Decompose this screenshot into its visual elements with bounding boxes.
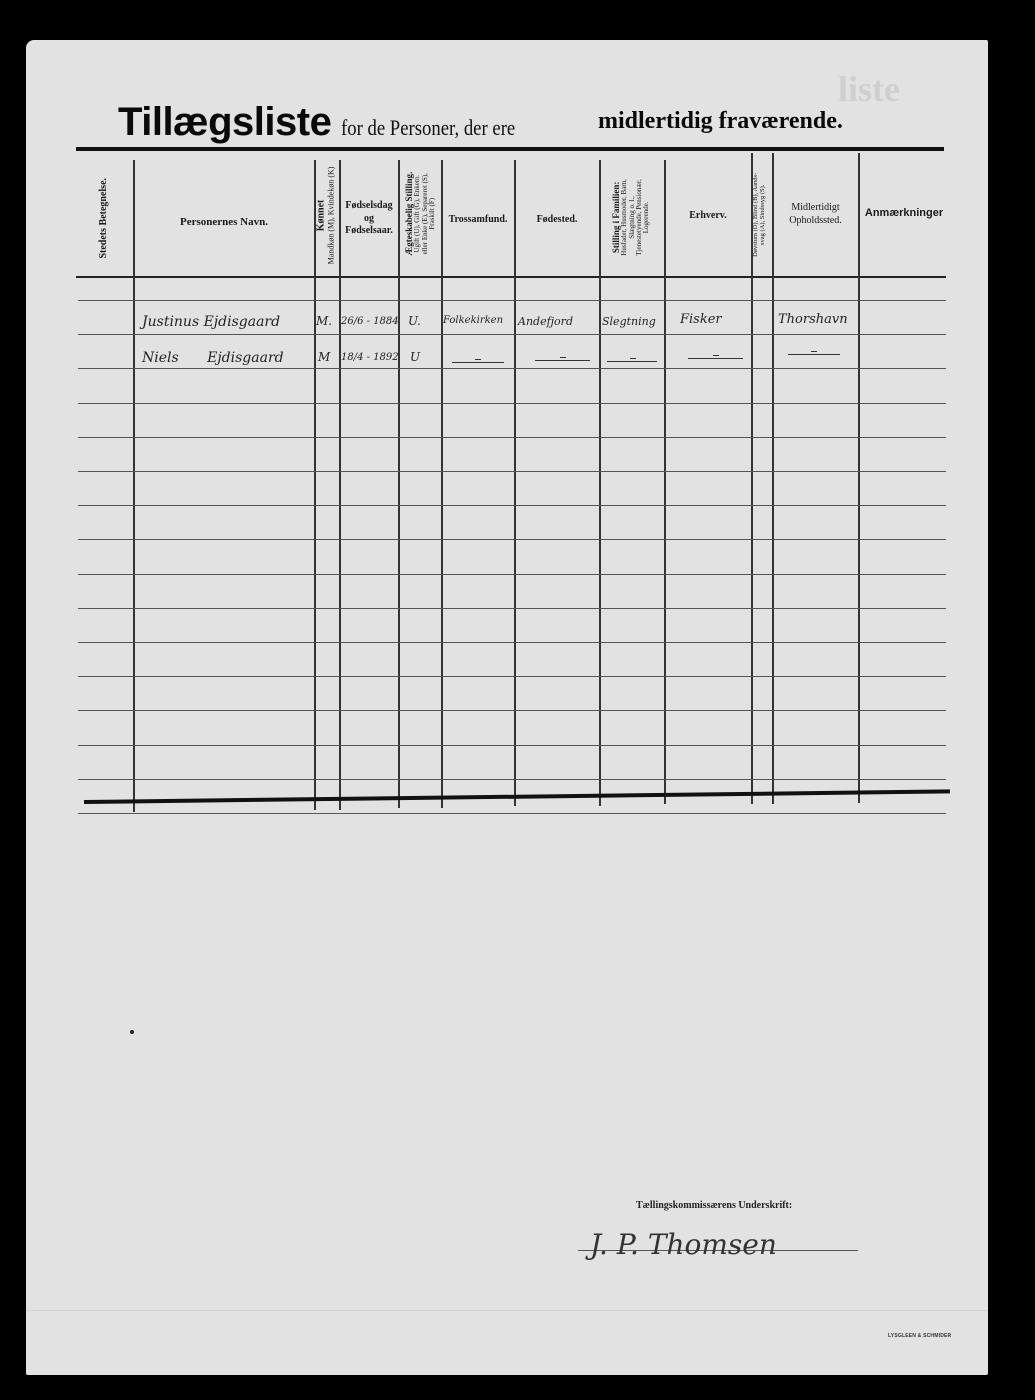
header-dov-line2: svag (A), Sindssyg (S). [760,155,767,275]
header-fodsel-line2: og [340,213,398,226]
row-rule [78,642,946,643]
col-divider [314,160,316,810]
cell-aegteskabelig: U. [408,314,421,328]
cell-opholdssted: Thorshavn [778,312,848,327]
header-opholdssted: Midlertidigt Opholdssted. [773,202,858,227]
col-divider [772,153,774,804]
header-stedets-betegnelse: Stedets Betegnelse. [99,168,110,268]
row-rule [78,745,946,746]
form-title-emphasis: midlertidig fraværende. [598,108,843,134]
row-rule [78,437,946,438]
row-rule [78,471,946,472]
cell-fodselsdag: 26/6 - 1884 [341,316,399,327]
form-title-emphasis-wrap: midlertidig fraværende. [598,108,843,135]
row-rule [78,368,946,369]
cell-kjonnet: M. [316,314,332,328]
row-rule [78,710,946,711]
col-divider [664,160,666,804]
ditto-mark-fodested [535,360,590,361]
row-rule [78,334,946,335]
row-rule [78,300,946,301]
cell-navn: Justinus Ejdisgaard [142,314,280,330]
header-fodselsdag: Fødselsdag og Fødselsaar. [340,200,398,238]
signature-label: Tællingskommissærens Underskrift: [636,1200,792,1211]
signature-value: J. P. Thomsen [590,1228,777,1261]
header-stilling-familien: Stilling i Familien: Husfader, Husmoder,… [612,160,651,275]
col-divider [514,160,516,806]
cell-stilling: Slegtning [602,315,656,328]
form-title-sub: for de Personer, der ere [341,115,515,141]
cell-trossamfund: Folkekirken [443,315,503,326]
header-bottom-rule [76,276,946,278]
row-rule [78,676,946,677]
header-trossamfund: Trossamfund. [442,214,514,227]
header-ophold-line2: Opholdssted. [773,215,858,228]
cell-erhverv: Fisker [680,312,722,327]
ditto-mark-erhverv [688,358,743,359]
cell-fodested: Andefjord [518,315,573,328]
ink-speck [130,1030,134,1034]
row-rule [78,779,946,780]
header-kjonnet: Kønnet Mandkøn (M), Kvindekøn (K) [317,165,336,265]
table-top-rule [76,147,944,151]
paper-fold-line [26,1310,988,1311]
row-rule [78,574,946,575]
header-aegt-line4: Fraskilt (F) [429,156,436,271]
census-form-page [26,40,988,1375]
col-divider [599,160,601,806]
header-aegteskabelig: Ægteskabelig Stilling. Ugift (U), Gift (… [405,156,436,271]
header-ophold-line1: Midlertidigt [773,202,858,215]
col-divider [858,153,860,803]
header-dovstum: Døvstum (D), Blind (B), Aands- svag (A),… [753,155,767,275]
ditto-mark-opholdssted [788,354,840,355]
row-rule [78,505,946,506]
cell-navn: Niels Ejdisgaard [142,350,284,366]
col-divider [133,160,135,812]
row-rule [78,539,946,540]
cell-fodselsdag: 18/4 - 1892 [341,352,399,363]
header-stil-line5: Logerende. [644,160,651,275]
cell-kjonnet: M [318,350,330,364]
printer-mark: LYSGLEEN & SCHMIDER [888,1333,951,1339]
row-rule [78,403,946,404]
header-erhverv: Erhverv. [665,210,751,223]
row-rule [78,813,946,814]
form-title-main: Tillægsliste [118,100,331,144]
header-anmaerkninger: Anmærkninger [859,207,949,221]
header-personernes-navn: Personernes Navn. [135,216,313,230]
header-kjonnet-title: Kønnet [317,165,328,265]
header-kjonnet-sub: Mandkøn (M), Kvindekøn (K) [327,165,335,265]
header-fodsel-line3: Fødselsaar. [340,225,398,238]
header-fodested: Fødested. [515,214,599,227]
row-rule [78,608,946,609]
header-fodsel-line1: Fødselsdag [340,200,398,213]
ditto-mark-stilling [607,361,657,362]
cell-aegteskabelig: U [410,350,420,364]
col-divider [339,160,341,810]
ditto-mark-trossamfund [452,362,504,363]
